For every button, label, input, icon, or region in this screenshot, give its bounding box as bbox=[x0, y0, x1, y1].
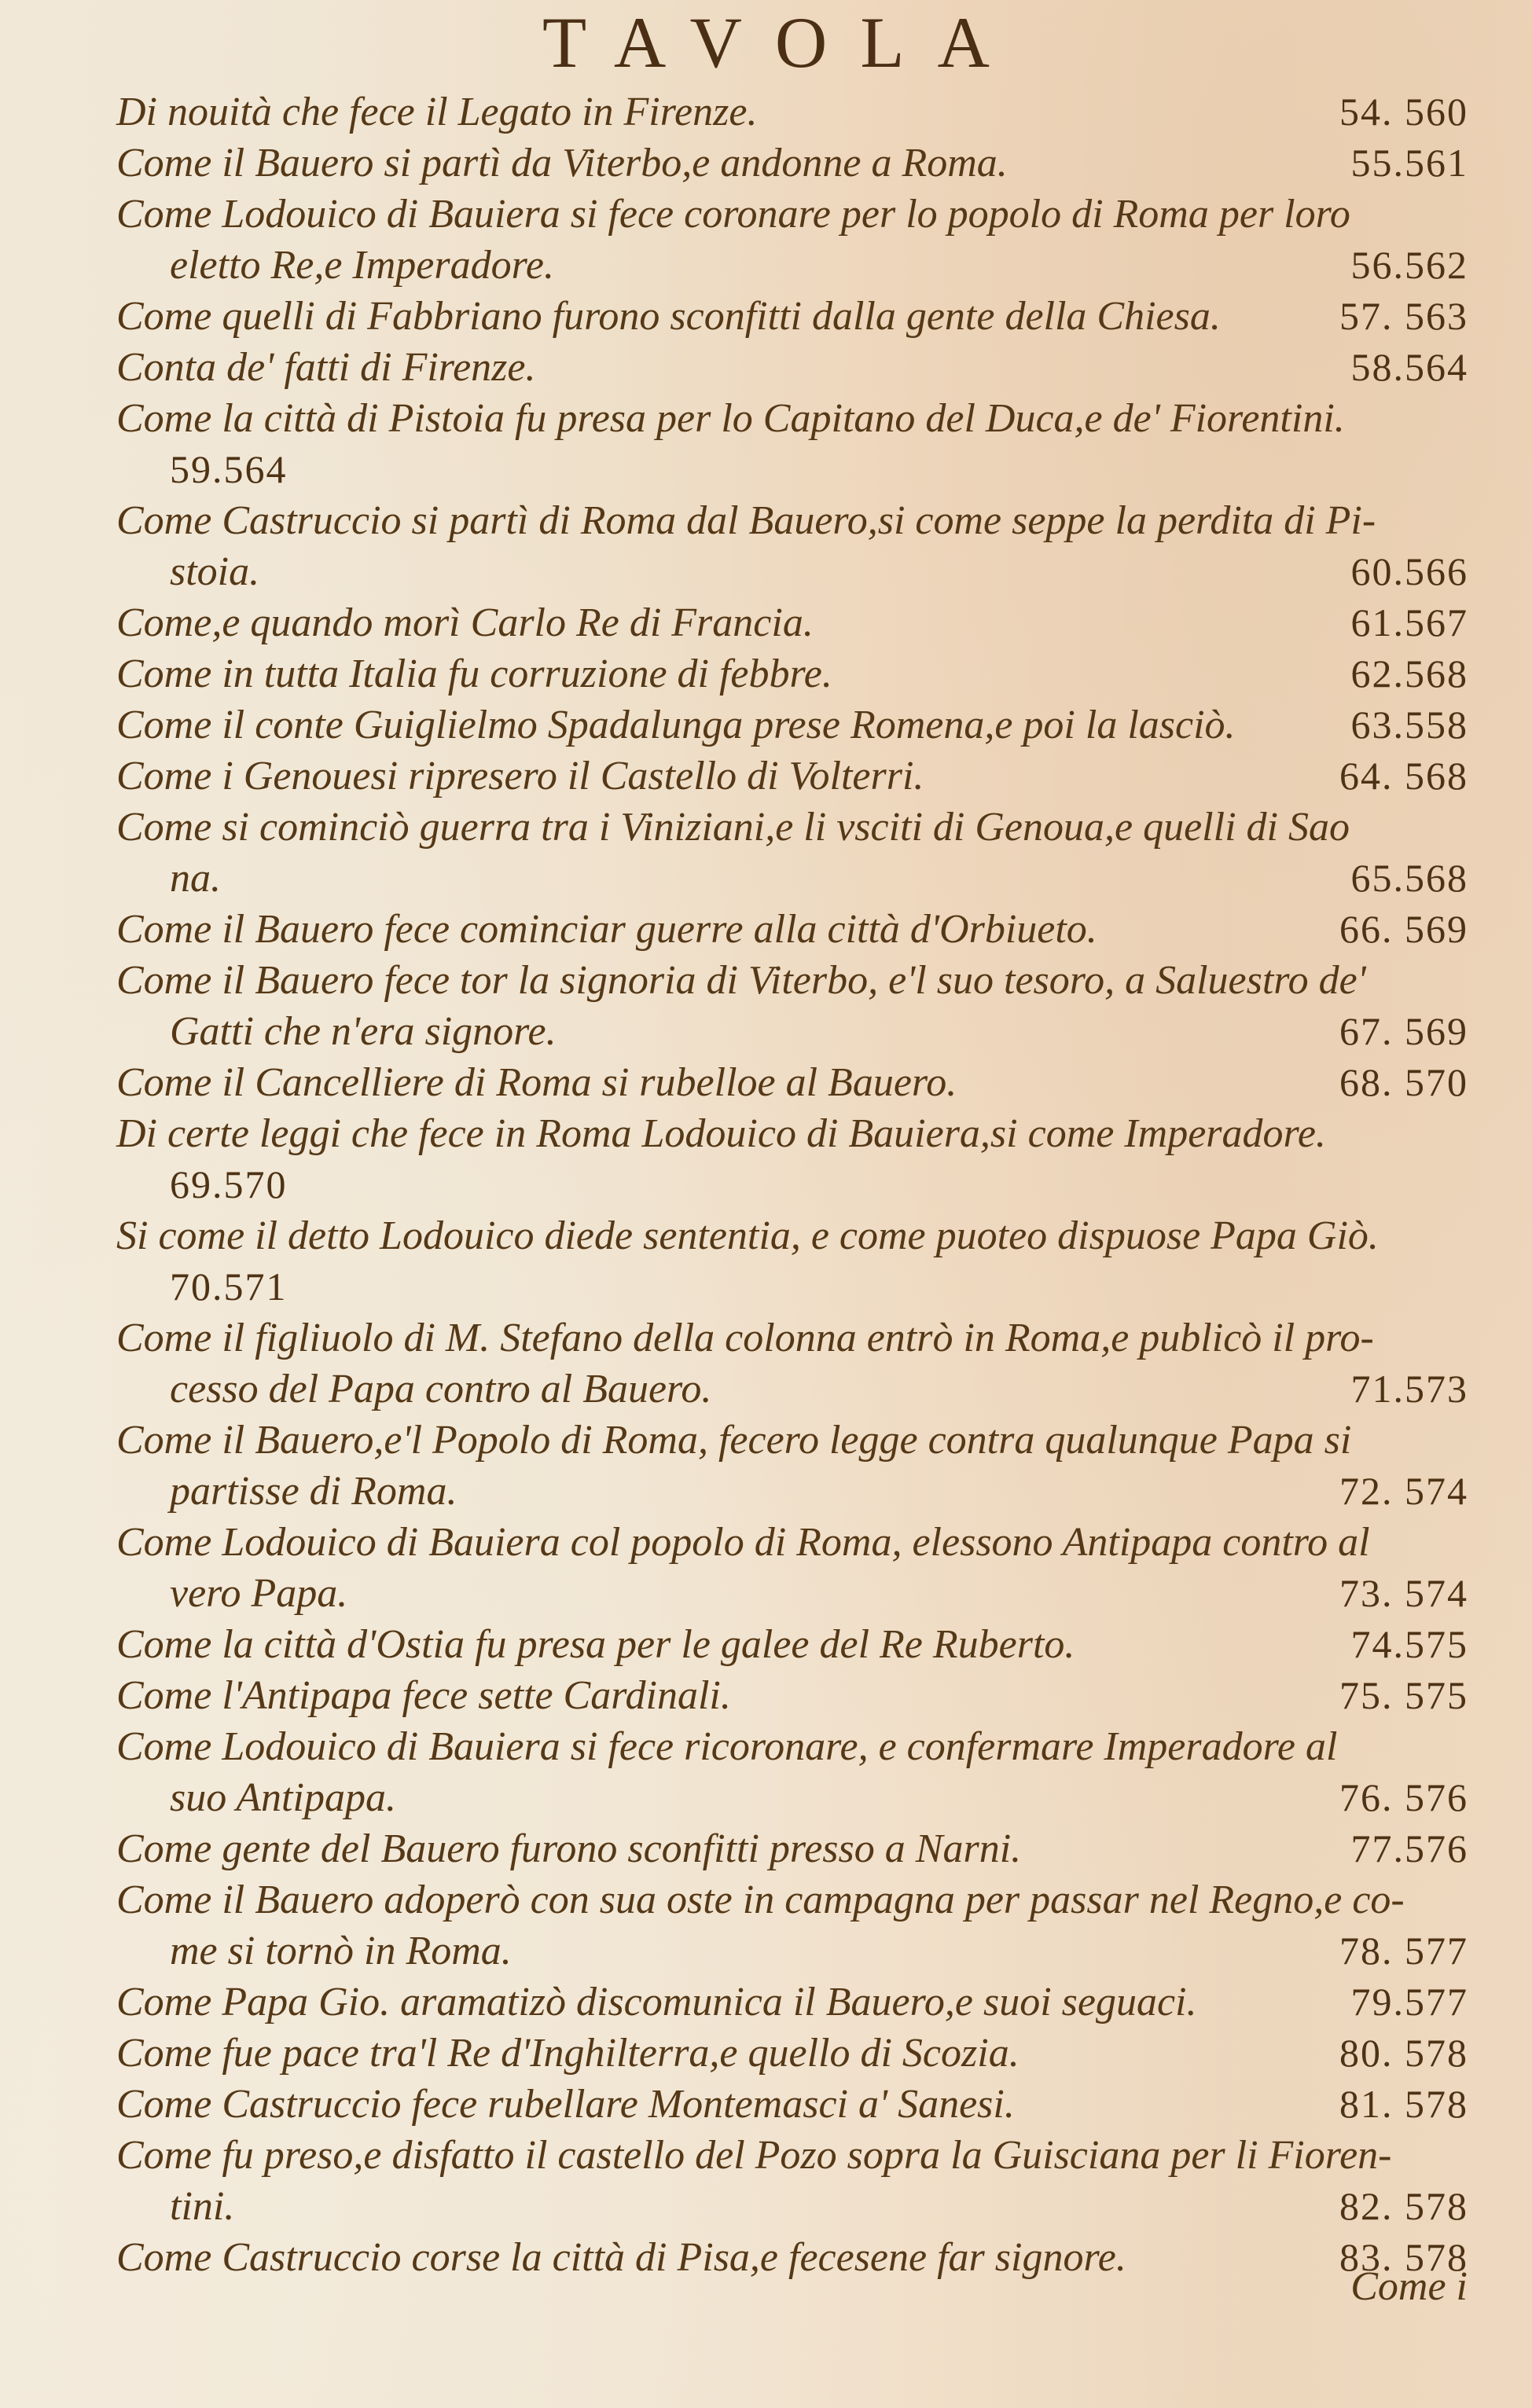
entry-reference-line: 70.571 bbox=[116, 1261, 1468, 1312]
page-reference: 70.571 bbox=[170, 1261, 319, 1312]
entry-heading-line: Come Papa Gio. aramatizò discomunica il … bbox=[116, 1977, 1468, 2028]
toc-entry: Come Lodouico di Bauiera si fece ricoron… bbox=[116, 1721, 1468, 1823]
entry-heading-line: Come quelli di Fabbriano furono sconfitt… bbox=[116, 291, 1468, 342]
entry-text: me si tornò in Roma. bbox=[170, 1925, 512, 1977]
entry-text: Come i Genouesi ripresero il Castello di… bbox=[116, 751, 924, 802]
toc-entry: Come la città d'Ostia fu presa per le ga… bbox=[116, 1619, 1468, 1670]
entry-text: Come il Cancelliere di Roma si rubelloe … bbox=[116, 1057, 957, 1108]
entry-text: Come fue pace tra'l Re d'Inghilterra,e q… bbox=[116, 2028, 1019, 2079]
page-reference: 74.575 bbox=[1300, 1619, 1468, 1670]
toc-entry: Come gente del Bauero furono sconfitti p… bbox=[116, 1823, 1468, 1874]
toc-entry: Come il Bauero adoperò con sua oste in c… bbox=[116, 1874, 1468, 1977]
toc-entry: Come il Cancelliere di Roma si rubelloe … bbox=[116, 1057, 1468, 1108]
page-reference: 76. 576 bbox=[1300, 1772, 1468, 1823]
toc-entry: Come il conte Guiglielmo Spadalunga pres… bbox=[116, 699, 1468, 751]
page-reference: 77.576 bbox=[1300, 1823, 1468, 1874]
entry-heading-line: Come il Bauero fece cominciar guerre all… bbox=[116, 904, 1468, 955]
toc-entry: Di nouità che fece il Legato in Firenze.… bbox=[116, 86, 1468, 138]
toc-entry: Come il Bauero fece cominciar guerre all… bbox=[116, 904, 1468, 955]
toc-entry: Di certe leggi che fece in Roma Lodouico… bbox=[116, 1108, 1468, 1210]
page-reference: 71.573 bbox=[1300, 1364, 1468, 1415]
entry-continuation-line: suo Antipapa.76. 576 bbox=[116, 1772, 1468, 1823]
entry-heading-line: Come il Cancelliere di Roma si rubelloe … bbox=[116, 1057, 1468, 1108]
entry-text: Come il Bauero fece tor la signoria di V… bbox=[116, 955, 1366, 1006]
entry-heading-line: Come in tutta Italia fu corruzione di fe… bbox=[116, 648, 1468, 699]
entry-continuation-line: stoia.60.566 bbox=[116, 546, 1468, 597]
entry-text: Come Castruccio si partì di Roma dal Bau… bbox=[116, 495, 1376, 546]
toc-entry: Come fue pace tra'l Re d'Inghilterra,e q… bbox=[116, 2028, 1468, 2079]
toc-entry: Come fu preso,e disfatto il castello del… bbox=[116, 2130, 1468, 2232]
page-reference: 68. 570 bbox=[1300, 1057, 1468, 1108]
page-reference: 66. 569 bbox=[1300, 904, 1468, 955]
page-title: TAVOLA bbox=[509, 6, 1023, 79]
page-reference: 69.570 bbox=[170, 1159, 319, 1210]
page-reference: 67. 569 bbox=[1300, 1006, 1468, 1057]
entry-reference-line: 59.564 bbox=[116, 444, 1468, 495]
entry-text: stoia. bbox=[170, 546, 259, 597]
toc-entry: Come Lodouico di Bauiera col popolo di R… bbox=[116, 1517, 1468, 1619]
entry-heading-line: Di certe leggi che fece in Roma Lodouico… bbox=[116, 1108, 1468, 1159]
page-reference: 62.568 bbox=[1300, 648, 1468, 699]
page-reference: 57. 563 bbox=[1300, 291, 1468, 342]
entry-text: tini. bbox=[170, 2181, 234, 2232]
entry-text: Di nouità che fece il Legato in Firenze. bbox=[116, 86, 757, 138]
entry-heading-line: Come il Bauero si partì da Viterbo,e and… bbox=[116, 138, 1468, 189]
page-reference: 75. 575 bbox=[1300, 1670, 1468, 1721]
page-reference: 58.564 bbox=[1300, 342, 1468, 393]
page-reference: 59.564 bbox=[170, 444, 319, 495]
entry-heading-line: Come la città d'Ostia fu presa per le ga… bbox=[116, 1619, 1468, 1670]
toc-entry: Come i Genouesi ripresero il Castello di… bbox=[116, 751, 1468, 802]
entry-continuation-line: vero Papa.73. 574 bbox=[116, 1568, 1468, 1619]
page-reference: 54. 560 bbox=[1300, 86, 1468, 138]
entry-text: Di certe leggi che fece in Roma Lodouico… bbox=[116, 1108, 1326, 1159]
entry-text: Come il conte Guiglielmo Spadalunga pres… bbox=[116, 699, 1236, 751]
page-reference: 73. 574 bbox=[1300, 1568, 1468, 1619]
toc-entry: Come,e quando morì Carlo Re di Francia.6… bbox=[116, 597, 1468, 648]
page-reference: 65.568 bbox=[1300, 853, 1468, 904]
entry-continuation-line: partisse di Roma.72. 574 bbox=[116, 1466, 1468, 1517]
entry-heading-line: Come il Bauero fece tor la signoria di V… bbox=[116, 955, 1468, 1006]
entry-text: Come Lodouico di Bauiera col popolo di R… bbox=[116, 1517, 1370, 1568]
toc-entry: Come Castruccio fece rubellare Montemasc… bbox=[116, 2079, 1468, 2130]
toc-entry: Come si cominciò guerra tra i Viniziani,… bbox=[116, 802, 1468, 904]
entry-text: Come la città di Pistoia fu presa per lo… bbox=[116, 393, 1345, 444]
entry-text: Come Castruccio corse la città di Pisa,e… bbox=[116, 2232, 1126, 2283]
entry-continuation-line: eletto Re,e Imperadore.56.562 bbox=[116, 240, 1468, 291]
entry-continuation-line: cesso del Papa contro al Bauero.71.573 bbox=[116, 1364, 1468, 1415]
toc-entry: Come quelli di Fabbriano furono sconfitt… bbox=[116, 291, 1468, 342]
entry-heading-line: Come Castruccio si partì di Roma dal Bau… bbox=[116, 495, 1468, 546]
toc-entry: Come il Bauero,e'l Popolo di Roma, fecer… bbox=[116, 1415, 1468, 1517]
entry-text: Come il Bauero,e'l Popolo di Roma, fecer… bbox=[116, 1415, 1351, 1466]
toc-entry: Come il figliuolo di M. Stefano della co… bbox=[116, 1312, 1468, 1415]
toc-entry: Come il Bauero si partì da Viterbo,e and… bbox=[116, 138, 1468, 189]
entry-continuation-line: me si tornò in Roma.78. 577 bbox=[116, 1925, 1468, 1977]
toc-entry: Come il Bauero fece tor la signoria di V… bbox=[116, 955, 1468, 1057]
entry-text: Come Lodouico di Bauiera si fece coronar… bbox=[116, 189, 1350, 240]
entry-text: Come,e quando morì Carlo Re di Francia. bbox=[116, 597, 814, 648]
catchword: Come i bbox=[1350, 2263, 1468, 2310]
entry-text: Come si cominciò guerra tra i Viniziani,… bbox=[116, 802, 1350, 853]
entry-text: vero Papa. bbox=[170, 1568, 347, 1619]
toc-entry: Come in tutta Italia fu corruzione di fe… bbox=[116, 648, 1468, 699]
entry-heading-line: Come Lodouico di Bauiera col popolo di R… bbox=[116, 1517, 1468, 1568]
entry-text: Conta de' fatti di Firenze. bbox=[116, 342, 535, 393]
entry-heading-line: Come fue pace tra'l Re d'Inghilterra,e q… bbox=[116, 2028, 1468, 2079]
entry-text: cesso del Papa contro al Bauero. bbox=[170, 1364, 711, 1415]
entry-heading-line: Come gente del Bauero furono sconfitti p… bbox=[116, 1823, 1468, 1874]
entry-text: partisse di Roma. bbox=[170, 1466, 457, 1517]
entry-heading-line: Come l'Antipapa fece sette Cardinali.75.… bbox=[116, 1670, 1468, 1721]
entry-heading-line: Come fu preso,e disfatto il castello del… bbox=[116, 2130, 1468, 2181]
entry-text: Come fu preso,e disfatto il castello del… bbox=[116, 2130, 1391, 2181]
entry-continuation-line: na.65.568 bbox=[116, 853, 1468, 904]
entry-text: suo Antipapa. bbox=[170, 1772, 396, 1823]
page-reference: 81. 578 bbox=[1300, 2079, 1468, 2130]
toc-entry: Si come il detto Lodouico diede sententi… bbox=[116, 1210, 1468, 1312]
entry-text: Come in tutta Italia fu corruzione di fe… bbox=[116, 648, 832, 699]
entry-text: Come la città d'Ostia fu presa per le ga… bbox=[116, 1619, 1075, 1670]
entry-heading-line: Come si cominciò guerra tra i Viniziani,… bbox=[116, 802, 1468, 853]
toc-entry: Come la città di Pistoia fu presa per lo… bbox=[116, 393, 1468, 495]
entry-text: Come quelli di Fabbriano furono sconfitt… bbox=[116, 291, 1221, 342]
entry-text: Come gente del Bauero furono sconfitti p… bbox=[116, 1823, 1021, 1874]
entry-text: Si come il detto Lodouico diede sententi… bbox=[116, 1210, 1379, 1261]
entry-heading-line: Come il conte Guiglielmo Spadalunga pres… bbox=[116, 699, 1468, 751]
entry-text: Come il Bauero si partì da Viterbo,e and… bbox=[116, 138, 1008, 189]
entry-text: Come Lodouico di Bauiera si fece ricoron… bbox=[116, 1721, 1337, 1772]
toc-entry: Come Castruccio corse la città di Pisa,e… bbox=[116, 2232, 1468, 2283]
entry-heading-line: Come il Bauero,e'l Popolo di Roma, fecer… bbox=[116, 1415, 1468, 1466]
page-reference: 82. 578 bbox=[1300, 2181, 1468, 2232]
entry-heading-line: Come i Genouesi ripresero il Castello di… bbox=[116, 751, 1468, 802]
entry-heading-line: Come Lodouico di Bauiera si fece ricoron… bbox=[116, 1721, 1468, 1772]
entry-continuation-line: Gatti che n'era signore.67. 569 bbox=[116, 1006, 1468, 1057]
entry-text: Come l'Antipapa fece sette Cardinali. bbox=[116, 1670, 731, 1721]
page-reference: 72. 574 bbox=[1300, 1466, 1468, 1517]
entry-heading-line: Come,e quando morì Carlo Re di Francia.6… bbox=[116, 597, 1468, 648]
entry-heading-line: Come la città di Pistoia fu presa per lo… bbox=[116, 393, 1468, 444]
entry-text: na. bbox=[170, 853, 221, 904]
entry-reference-line: 69.570 bbox=[116, 1159, 1468, 1210]
entry-text: Come Castruccio fece rubellare Montemasc… bbox=[116, 2079, 1015, 2130]
entry-heading-line: Conta de' fatti di Firenze.58.564 bbox=[116, 342, 1468, 393]
entry-text: Come Papa Gio. aramatizò discomunica il … bbox=[116, 1977, 1197, 2028]
page-reference: 80. 578 bbox=[1300, 2028, 1468, 2079]
toc-entry: Come Castruccio si partì di Roma dal Bau… bbox=[116, 495, 1468, 597]
page-reference: 79.577 bbox=[1300, 1977, 1468, 2028]
entry-text: eletto Re,e Imperadore. bbox=[170, 240, 554, 291]
page-reference: 61.567 bbox=[1300, 597, 1468, 648]
entry-heading-line: Si come il detto Lodouico diede sententi… bbox=[116, 1210, 1468, 1261]
toc-entry: Come Papa Gio. aramatizò discomunica il … bbox=[116, 1977, 1468, 2028]
entry-heading-line: Di nouità che fece il Legato in Firenze.… bbox=[116, 86, 1468, 138]
entry-text: Come il Bauero adoperò con sua oste in c… bbox=[116, 1874, 1405, 1925]
toc-entry: Conta de' fatti di Firenze.58.564 bbox=[116, 342, 1468, 393]
entry-heading-line: Come il figliuolo di M. Stefano della co… bbox=[116, 1312, 1468, 1364]
entry-text: Come il figliuolo di M. Stefano della co… bbox=[116, 1312, 1374, 1364]
entry-text: Come il Bauero fece cominciar guerre all… bbox=[116, 904, 1097, 955]
page-reference: 60.566 bbox=[1300, 546, 1468, 597]
toc-entry: Come l'Antipapa fece sette Cardinali.75.… bbox=[116, 1670, 1468, 1721]
page-reference: 78. 577 bbox=[1300, 1925, 1468, 1977]
toc-entry: Come Lodouico di Bauiera si fece coronar… bbox=[116, 189, 1468, 291]
entry-heading-line: Come il Bauero adoperò con sua oste in c… bbox=[116, 1874, 1468, 1925]
entry-continuation-line: tini.82. 578 bbox=[116, 2181, 1468, 2232]
page-reference: 56.562 bbox=[1300, 240, 1468, 291]
page-reference: 55.561 bbox=[1300, 138, 1468, 189]
entry-heading-line: Come Castruccio corse la città di Pisa,e… bbox=[116, 2232, 1468, 2283]
page-reference: 63.558 bbox=[1300, 699, 1468, 751]
page-reference: 64. 568 bbox=[1300, 751, 1468, 802]
entry-heading-line: Come Lodouico di Bauiera si fece coronar… bbox=[116, 189, 1468, 240]
entry-text: Gatti che n'era signore. bbox=[170, 1006, 557, 1057]
table-of-contents: Di nouità che fece il Legato in Firenze.… bbox=[116, 86, 1468, 2283]
entry-heading-line: Come Castruccio fece rubellare Montemasc… bbox=[116, 2079, 1468, 2130]
